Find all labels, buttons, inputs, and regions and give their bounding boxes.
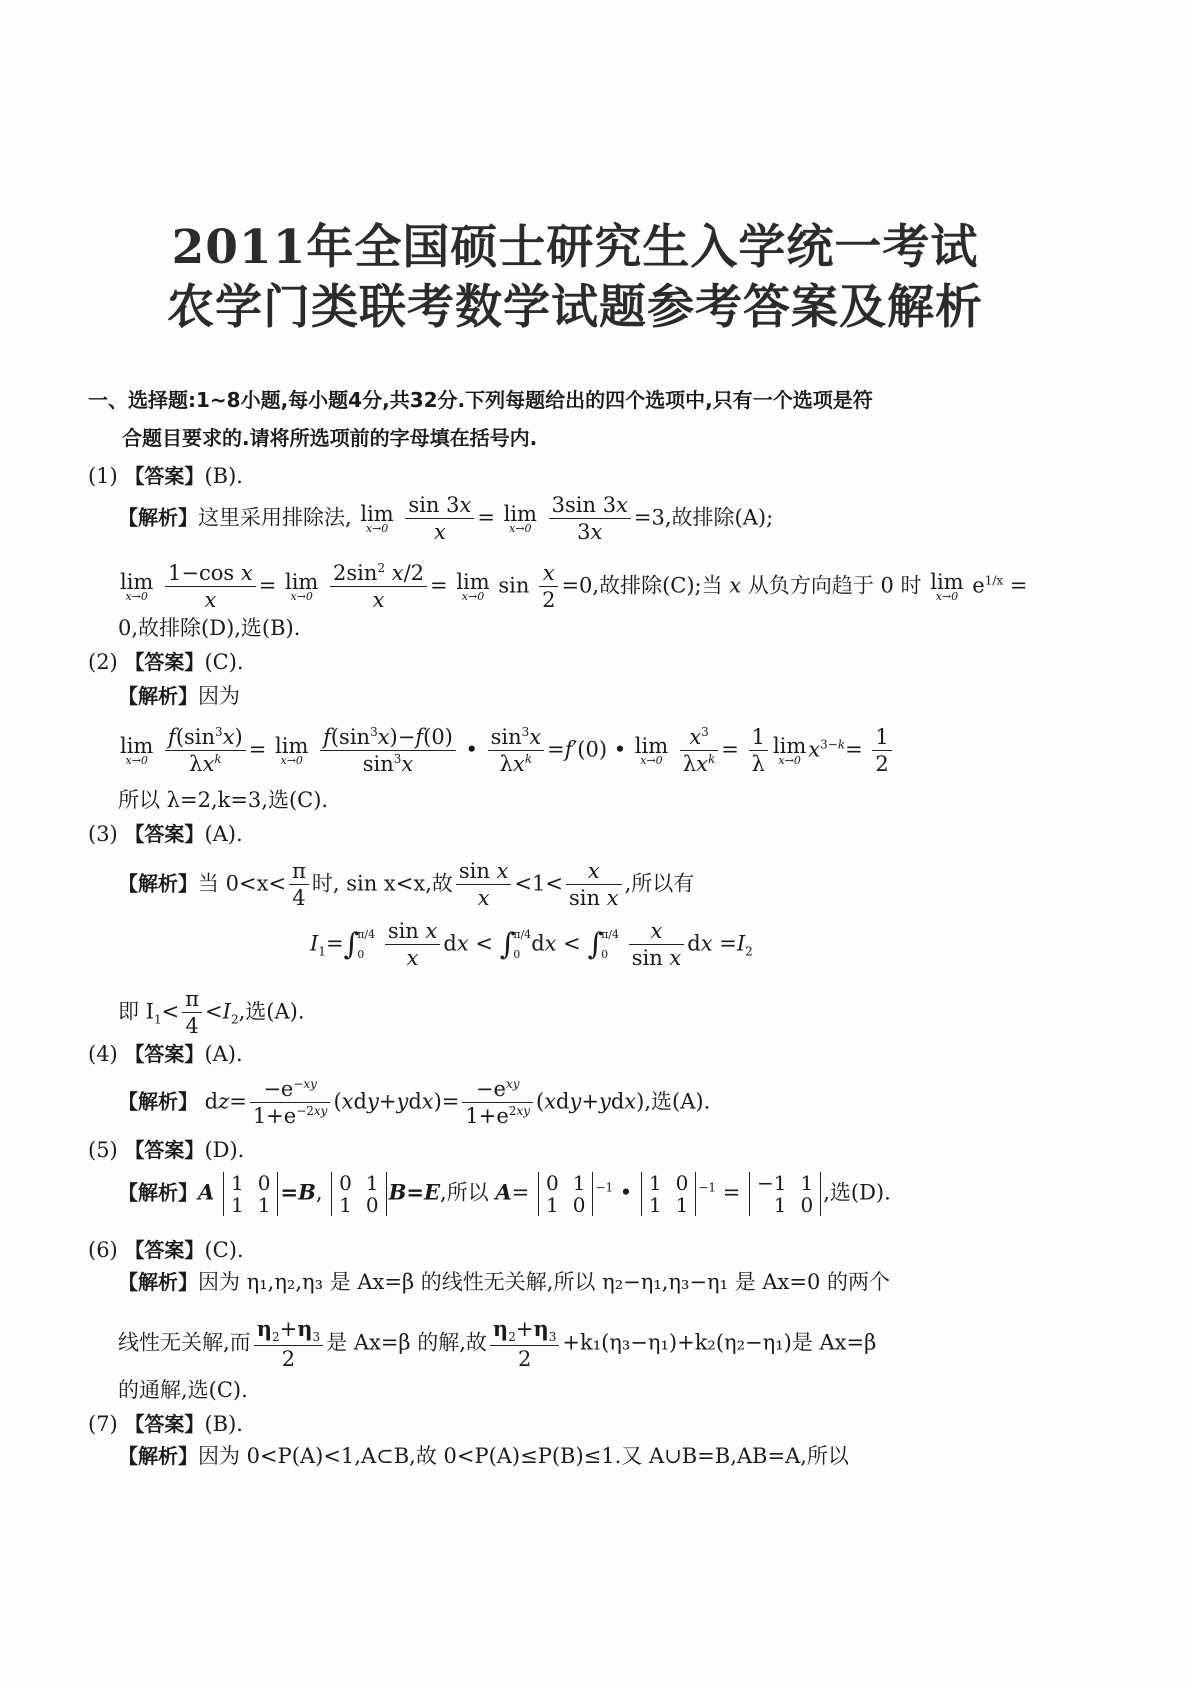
limit: limx→0	[360, 504, 393, 534]
answer-label: 【答案】	[124, 650, 204, 674]
analysis-label: 【解析】	[118, 1444, 198, 1468]
answer-value: (D).	[204, 1138, 244, 1162]
matrix: 0110	[538, 1172, 593, 1216]
question-6-analysis-line-3: 的通解,选(C).	[118, 1380, 248, 1401]
fraction: sin3xλxk	[488, 724, 545, 778]
fraction: −exy1+e2xy	[462, 1076, 533, 1130]
fraction: 3sin 3x3x	[549, 492, 631, 546]
fraction: f(sin3x)−f(0)sin3x	[320, 724, 456, 778]
fraction: π4	[289, 858, 309, 912]
limit: limx→0	[285, 572, 318, 602]
analysis-label: 【解析】	[118, 1270, 198, 1294]
question-6-answer: (6) 【答案】(C).	[88, 1240, 244, 1261]
question-2-analysis-line-2: limx→0 f(sin3x)λxk= limx→0 f(sin3x)−f(0)…	[118, 724, 895, 778]
fraction: f(sin3x)λxk	[165, 724, 246, 778]
answer-value: (C).	[204, 650, 243, 674]
question-4-answer: (4) 【答案】(A).	[88, 1044, 243, 1065]
question-3-analysis-line-1: 【解析】当 0<x<π4时, sin x<x,故sin xx<1<xsin x,…	[118, 858, 694, 912]
fraction: 2sin2 x/2x	[330, 560, 427, 614]
question-number: (4)	[88, 1042, 118, 1066]
answer-value: (B).	[204, 464, 243, 488]
analysis-text: 因为 η₁,η₂,η₃ 是 Ax=β 的线性无关解,所以 η₂−η₁,η₃−η₁…	[198, 1270, 890, 1294]
answer-value: (A).	[204, 1042, 242, 1066]
limit: limx→0	[773, 736, 806, 766]
section-heading-cont: 合题目要求的.请将所选项前的字母填在括号内.	[122, 428, 537, 448]
answer-label: 【答案】	[124, 1412, 204, 1436]
question-number: (6)	[88, 1238, 118, 1262]
limit: limx→0	[275, 736, 308, 766]
question-3-analysis-line-3: 即 I1<π4<I2,选(A).	[118, 986, 305, 1040]
fraction: 12	[872, 724, 891, 778]
question-5-answer: (5) 【答案】(D).	[88, 1140, 244, 1161]
analysis-text: 时, sin x<x,故	[312, 871, 453, 895]
question-number: (7)	[88, 1412, 118, 1436]
question-7-answer: (7) 【答案】(B).	[88, 1414, 243, 1435]
question-6-analysis-line-1: 【解析】因为 η₁,η₂,η₃ 是 Ax=β 的线性无关解,所以 η₂−η₁,η…	[118, 1272, 890, 1293]
limit: limx→0	[120, 736, 153, 766]
fraction: sin xx	[385, 918, 441, 972]
fraction: π4	[182, 986, 202, 1040]
fraction: xsin x	[566, 858, 622, 912]
matrix: −1110	[749, 1172, 821, 1216]
fraction: x2	[539, 560, 558, 614]
fraction: x3λxk	[680, 724, 718, 778]
limit: limx→0	[120, 572, 153, 602]
question-2-analysis-line-1: 【解析】因为	[118, 686, 240, 707]
limit: limx→0	[456, 572, 489, 602]
fraction: η2+η32	[254, 1316, 323, 1372]
document-page: 2011年全国硕士研究生入学统一考试 农学门类联考数学试题参考答案及解析 一、选…	[0, 0, 1190, 1683]
analysis-text: =3,故排除(A);	[634, 505, 773, 529]
question-3-answer: (3) 【答案】(A).	[88, 824, 243, 845]
question-number: (3)	[88, 822, 118, 846]
matrix: 1011	[641, 1172, 696, 1216]
section-heading: 一、选择题:1~8小题,每小题4分,共32分.下列每题给出的四个选项中,只有一个…	[88, 390, 873, 410]
analysis-text: 当 0<x<	[198, 871, 286, 895]
answer-label: 【答案】	[124, 1042, 204, 1066]
question-7-analysis-line-1: 【解析】因为 0<P(A)<1,A⊂B,故 0<P(A)≤P(B)≤1.又 A∪…	[118, 1446, 849, 1467]
fraction: 1λ	[749, 724, 768, 778]
analysis-text: 这里采用排除法,	[198, 505, 352, 529]
fraction: sin xx	[456, 858, 512, 912]
analysis-text: 是 Ax=β 的解,故	[326, 1331, 487, 1355]
analysis-label: 【解析】	[118, 1181, 198, 1205]
answer-value: (A).	[204, 822, 242, 846]
matrix: 1011	[223, 1172, 278, 1216]
matrix: 0110	[331, 1172, 386, 1216]
answer-label: 【答案】	[124, 1138, 204, 1162]
analysis-label: 【解析】	[118, 505, 198, 529]
answer-label: 【答案】	[124, 464, 204, 488]
question-4-analysis-line-1: 【解析】 dz=−e−xy1+e−2xy(xdy+ydx)=−exy1+e2xy…	[118, 1076, 710, 1130]
question-2-answer: (2) 【答案】(C).	[88, 652, 244, 673]
answer-label: 【答案】	[124, 1238, 204, 1262]
analysis-text: 因为 0<P(A)<1,A⊂B,故 0<P(A)≤P(B)≤1.又 A∪B=B,…	[198, 1444, 849, 1468]
answer-value: (C).	[204, 1238, 243, 1262]
analysis-text: ,选(A).	[644, 1089, 710, 1113]
analysis-label: 【解析】	[118, 1089, 198, 1113]
limit: limx→0	[635, 736, 668, 766]
title-line-2: 农学门类联考数学试题参考答案及解析	[0, 270, 1170, 337]
question-6-analysis-line-2: 线性无关解,而η2+η32是 Ax=β 的解,故η2+η32+k₁(η₃−η₁)…	[118, 1316, 876, 1372]
fraction: xsin x	[629, 918, 685, 972]
analysis-text: 因为	[198, 684, 240, 708]
question-1-analysis-line-3: 0,故排除(D),选(B).	[118, 618, 300, 639]
analysis-text: ,选(D).	[823, 1181, 891, 1205]
question-3-integral-inequality: I1=∫π/40 sin xxdx < ∫π/40dx < ∫π/40 xsin…	[310, 918, 753, 972]
analysis-text: ,所以有	[625, 871, 695, 895]
analysis-label: 【解析】	[118, 684, 198, 708]
title-line-1: 2011年全国硕士研究生入学统一考试	[0, 210, 1170, 277]
question-number: (5)	[88, 1138, 118, 1162]
question-1-answer: (1) 【答案】(B).	[88, 466, 243, 487]
question-1-analysis-line-2: limx→0 1−cos xx= limx→0 2sin2 x/2x= limx…	[118, 560, 1027, 614]
answer-label: 【答案】	[124, 822, 204, 846]
fraction: 1−cos xx	[165, 560, 256, 614]
question-2-analysis-line-3: 所以 λ=2,k=3,选(C).	[118, 790, 328, 811]
fraction: sin 3xx	[405, 492, 474, 546]
analysis-text: 从负方向趋于 0 时	[748, 573, 922, 597]
question-5-analysis-line-1: 【解析】A 1011=B, 0110B=E,所以 A= 0110−1 • 101…	[118, 1172, 891, 1216]
analysis-text: =0,故排除(C);当	[561, 573, 722, 597]
answer-value: (B).	[204, 1412, 243, 1436]
analysis-label: 【解析】	[118, 871, 198, 895]
question-number: (2)	[88, 650, 118, 674]
question-1-analysis-line-1: 【解析】这里采用排除法, limx→0 sin 3xx= limx→0 3sin…	[118, 492, 773, 546]
analysis-text: ,选(A).	[239, 999, 305, 1023]
analysis-text: +k₁(η₃−η₁)+k₂(η₂−η₁)是 Ax=β	[562, 1331, 876, 1355]
limit: limx→0	[504, 504, 537, 534]
question-number: (1)	[88, 464, 118, 488]
limit: limx→0	[930, 572, 963, 602]
fraction: −e−xy1+e−2xy	[250, 1076, 331, 1130]
analysis-text: 线性无关解,而	[118, 1331, 251, 1355]
analysis-text: <1<	[514, 871, 563, 895]
fraction: η2+η32	[490, 1316, 559, 1372]
analysis-text: 即 I	[118, 999, 154, 1023]
